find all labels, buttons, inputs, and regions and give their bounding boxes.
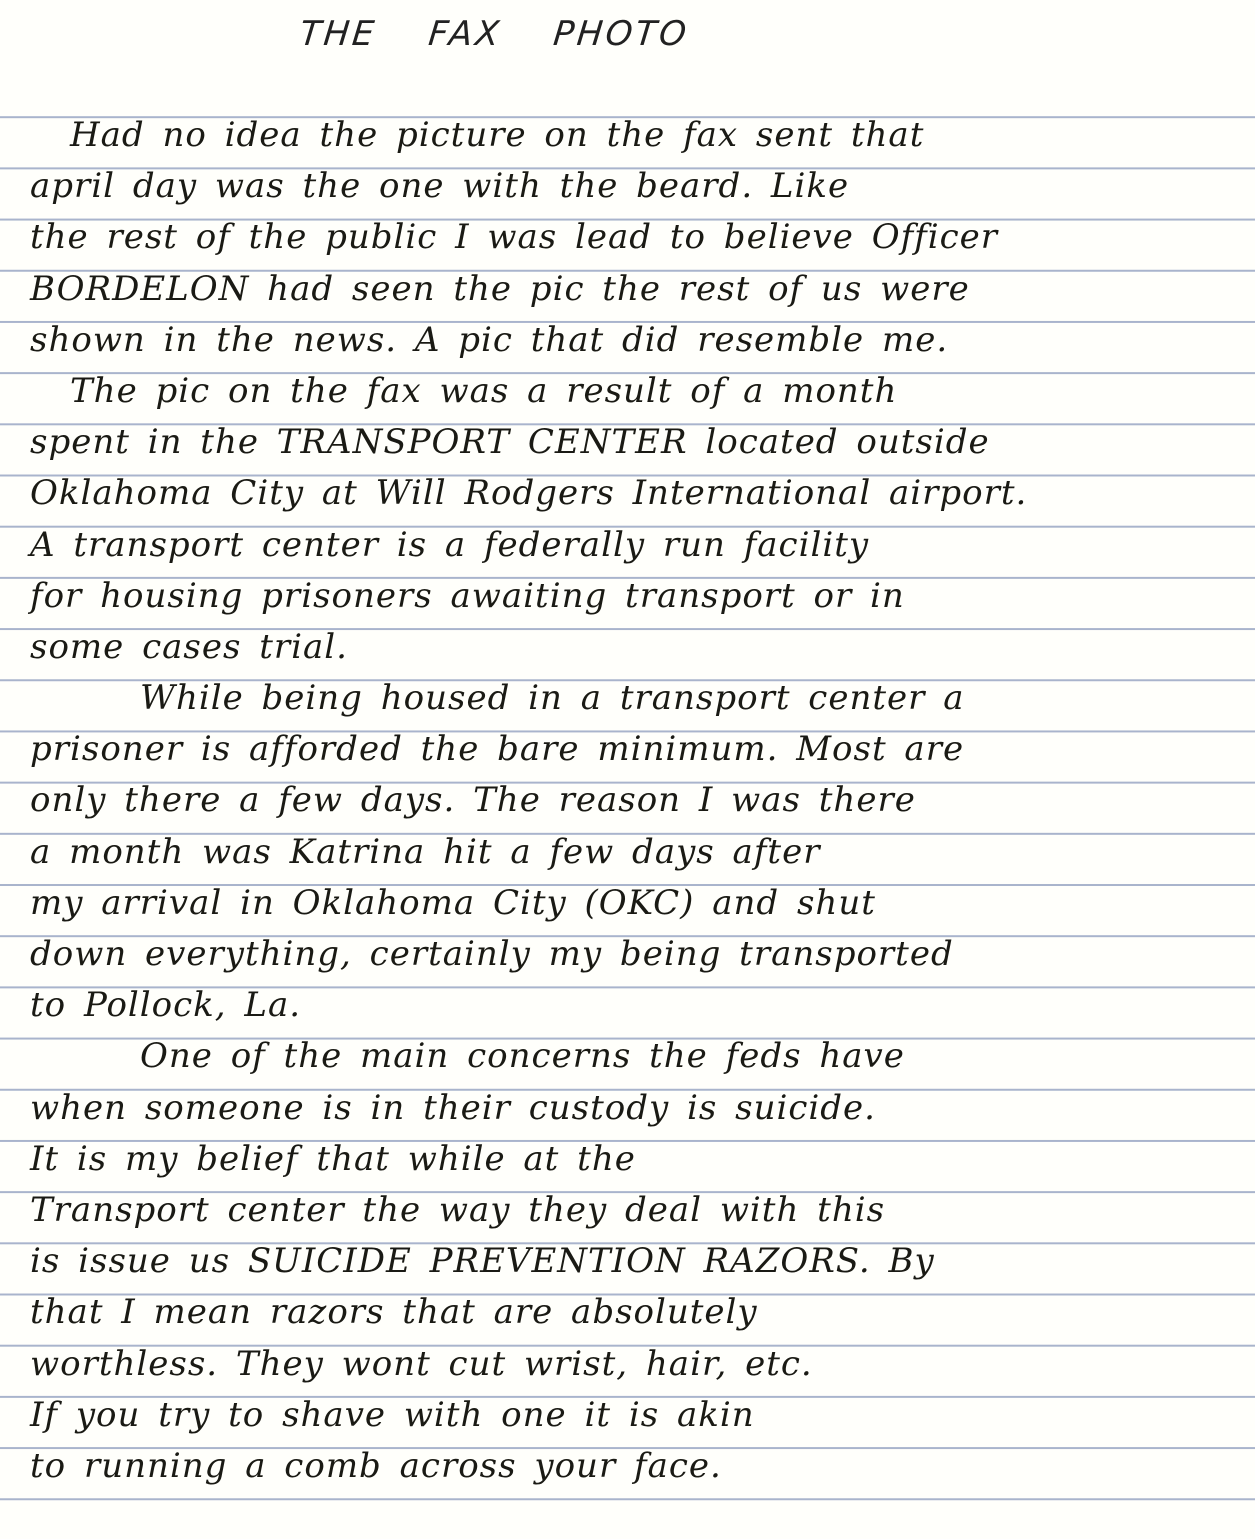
- handwritten-line: to Pollock, La.: [30, 980, 1245, 1031]
- handwritten-line: some cases trial.: [30, 622, 1245, 673]
- handwritten-line: the rest of the public I was lead to bel…: [30, 212, 1245, 263]
- handwritten-line: is issue us SUICIDE PREVENTION RAZORS. B…: [30, 1236, 1245, 1287]
- handwritten-line: april day was the one with the beard. Li…: [30, 161, 1245, 212]
- handwritten-line: for housing prisoners awaiting transport…: [30, 571, 1245, 622]
- handwritten-line: The pic on the fax was a result of a mon…: [30, 366, 1245, 417]
- handwritten-line: While being housed in a transport center…: [30, 673, 1245, 724]
- handwritten-line: only there a few days. The reason I was …: [30, 775, 1245, 826]
- handwritten-line: A transport center is a federally run fa…: [30, 520, 1245, 571]
- handwritten-line: If you try to shave with one it is akin: [30, 1390, 1245, 1441]
- handwritten-line: my arrival in Oklahoma City (OKC) and sh…: [30, 878, 1245, 929]
- handwritten-line: One of the main concerns the feds have: [30, 1031, 1245, 1082]
- handwritten-line: Transport center the way they deal with …: [30, 1185, 1245, 1236]
- handwritten-line: when someone is in their custody is suic…: [30, 1083, 1245, 1134]
- handwritten-line: down everything, certainly my being tran…: [30, 929, 1245, 980]
- handwritten-line: Had no idea the picture on the fax sent …: [30, 110, 1245, 161]
- handwritten-line: spent in the TRANSPORT CENTER located ou…: [30, 417, 1245, 468]
- handwritten-line: It is my belief that while at the: [30, 1134, 1245, 1185]
- handwritten-line: that I mean razors that are absolutely: [30, 1287, 1245, 1338]
- document-title: THE FAX PHOTO: [298, 14, 691, 54]
- handwritten-line: prisoner is afforded the bare minimum. M…: [30, 724, 1245, 775]
- handwritten-line: a month was Katrina hit a few days after: [30, 827, 1245, 878]
- handwritten-line: worthless. They wont cut wrist, hair, et…: [30, 1339, 1245, 1390]
- handwritten-line: Oklahoma City at Will Rodgers Internatio…: [30, 468, 1245, 519]
- handwritten-body: Had no idea the picture on the fax sent …: [30, 118, 1245, 1500]
- handwritten-line: to running a comb across your face.: [30, 1441, 1245, 1492]
- handwritten-line: BORDELON had seen the pic the rest of us…: [30, 264, 1245, 315]
- handwritten-line: shown in the news. A pic that did resemb…: [30, 315, 1245, 366]
